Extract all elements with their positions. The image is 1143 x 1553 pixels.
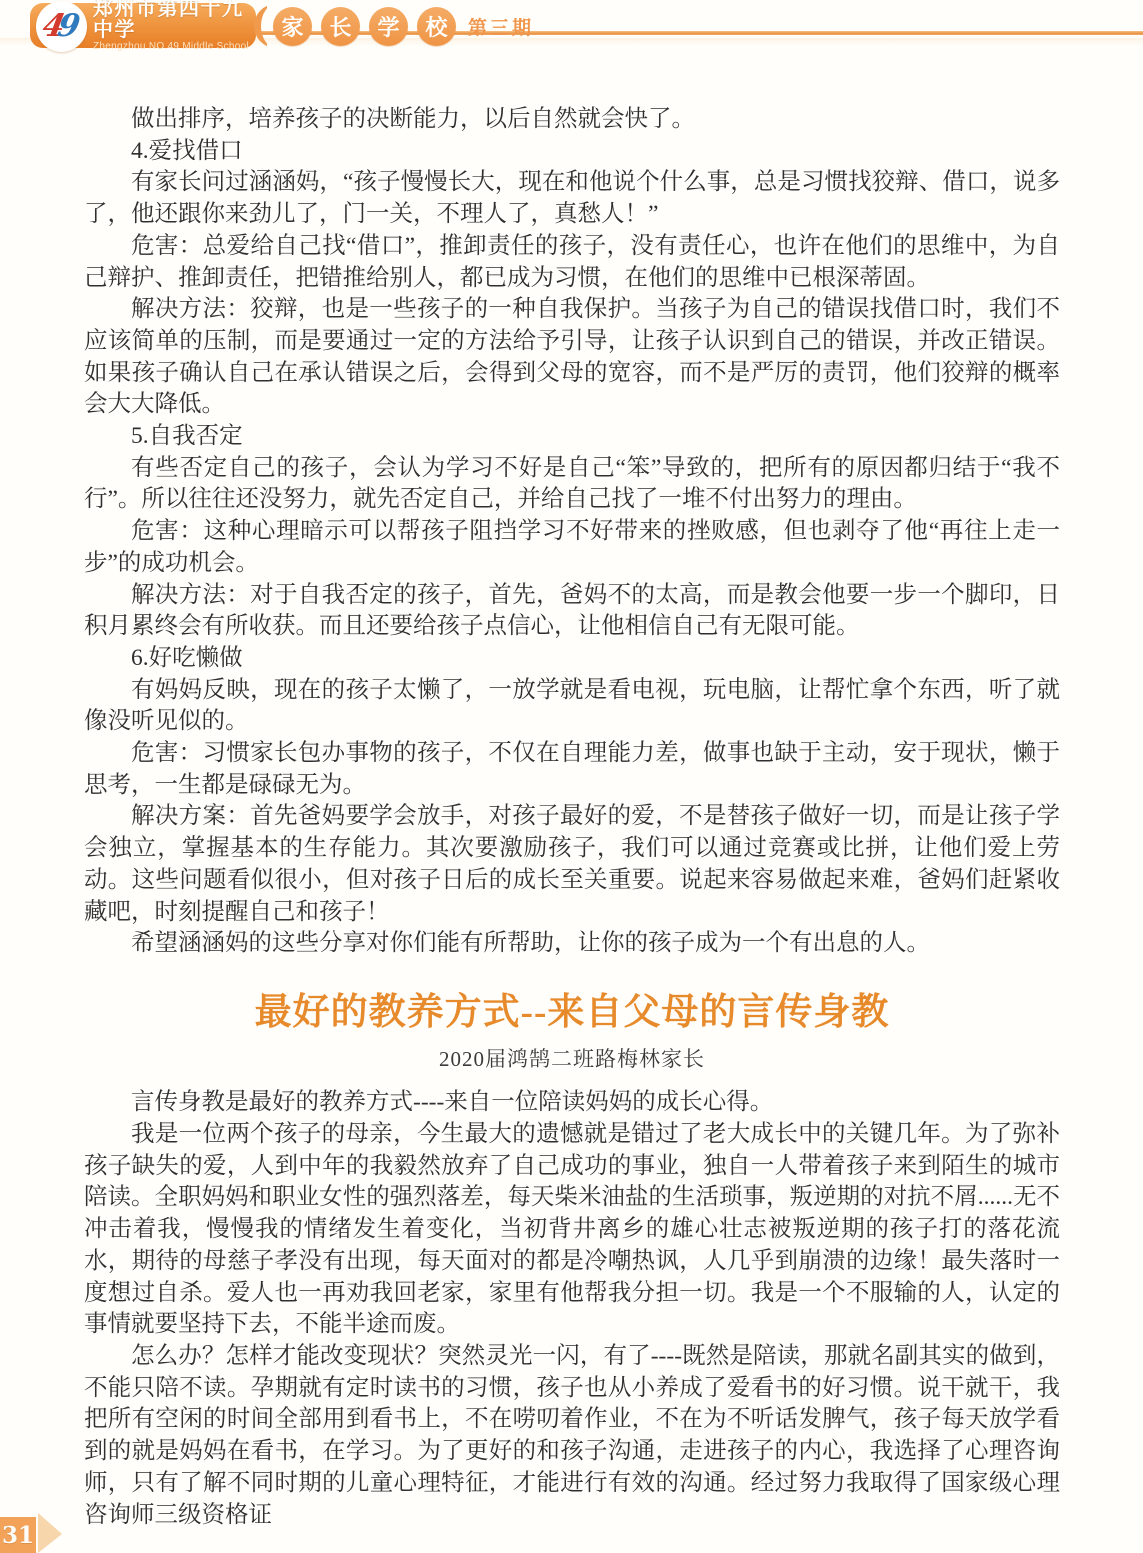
masthead-badge-circle: 校 [417, 7, 456, 46]
school-name-chinese: 郑州市第四十九中学 [93, 0, 256, 42]
article-1-paragraph: 危害：总爱给自己找“借口”，推卸责任的孩子，没有责任心，也许在他们的思维中，为自… [84, 231, 1060, 294]
article-1-body: 做出排序，培养孩子的决断能力，以后自然就会快了。 4.爱找借口 有家长问过涵涵妈… [84, 104, 1060, 960]
article-1-paragraph: 希望涵涵妈的这些分享对你们能有所帮助，让你的孩子成为一个有出息的人。 [84, 928, 1060, 960]
masthead-badge-circle: 家 [273, 7, 312, 46]
article-1-paragraph: 解决方法：对于自我否定的孩子，首先，爸妈不的太高，而是教会他要一步一个脚印，日积… [84, 580, 1060, 643]
page-arrow-icon [38, 1513, 62, 1553]
article-1-paragraph: 危害：这种心理暗示可以帮孩子阻挡学习不好带来的挫败感，但也剥夺了他“再往上走一步… [84, 516, 1060, 579]
article-1-paragraph: 有些否定自己的孩子，会认为学习不好是自己“笨”导致的，把所有的原因都归结于“我不… [84, 453, 1060, 516]
logo-digit-9: 9 [55, 11, 82, 42]
article-2-body: 言传身教是最好的教养方式----来自一位陪读妈妈的成长心得。 我是一位两个孩子的… [84, 1087, 1060, 1531]
article-1-paragraph: 4.爱找借口 [84, 136, 1060, 168]
article-1-paragraph: 做出排序，培养孩子的决断能力，以后自然就会快了。 [84, 104, 1060, 136]
article-1-paragraph: 解决方案：首先爸妈要学会放手，对孩子最好的爱，不是替孩子做好一切，而是让孩子学会… [84, 801, 1060, 928]
article-1-paragraph: 危害：习惯家长包办事物的孩子，不仅在自理能力差，做事也缺于主动，安于现状，懒于思… [84, 738, 1060, 801]
newsletter-page: 4 9 郑州市第四十九中学 Zhengzhou NO.49 Middle Sch… [0, 0, 1143, 1553]
page-content: 做出排序，培养孩子的决断能力，以后自然就会快了。 4.爱找借口 有家长问过涵涵妈… [84, 104, 1060, 1531]
school-banner: 4 9 郑州市第四十九中学 Zhengzhou NO.49 Middle Sch… [30, 3, 256, 48]
issue-label: 第三期 [468, 13, 534, 40]
masthead-badge-circle: 学 [369, 7, 408, 46]
school-name-english: Zhengzhou NO.49 Middle School [93, 42, 256, 53]
masthead-badge-circle: 长 [321, 7, 360, 46]
article-2-title: 最好的教养方式--来自父母的言传身教 [84, 991, 1060, 1035]
article-1-paragraph: 5.自我否定 [84, 421, 1060, 453]
masthead-badges: 家 长 学 校 [273, 7, 456, 46]
school-logo-49-icon: 4 9 [36, 1, 87, 52]
article-2-paragraph: 我是一位两个孩子的母亲，今生最大的遗憾就是错过了老大成长中的关键几年。为了弥补孩… [84, 1119, 1060, 1341]
article-2-paragraph: 言传身教是最好的教养方式----来自一位陪读妈妈的成长心得。 [84, 1087, 1060, 1119]
article-1-paragraph: 有妈妈反映，现在的孩子太懒了，一放学就是看电视，玩电脑，让帮忙拿个东西，听了就像… [84, 675, 1060, 738]
article-1-paragraph: 有家长问过涵涵妈，“孩子慢慢长大，现在和他说个什么事，总是习惯找狡辩、借口，说多… [84, 167, 1060, 230]
article-1-paragraph: 解决方法：狡辩，也是一些孩子的一种自我保护。当孩子为自己的错误找借口时，我们不应… [84, 294, 1060, 421]
article-2-byline: 2020届鸿鹄二班路梅林家长 [84, 1043, 1060, 1073]
banner-bracket-decoration [252, 4, 267, 48]
page-number: 31 [0, 1517, 36, 1553]
school-name-block: 郑州市第四十九中学 Zhengzhou NO.49 Middle School [93, 0, 256, 53]
article-2-paragraph: 怎么办？怎样才能改变现状？突然灵光一闪，有了----既然是陪读，那就名副其实的做… [84, 1341, 1060, 1531]
article-1-paragraph: 6.好吃懒做 [84, 643, 1060, 675]
